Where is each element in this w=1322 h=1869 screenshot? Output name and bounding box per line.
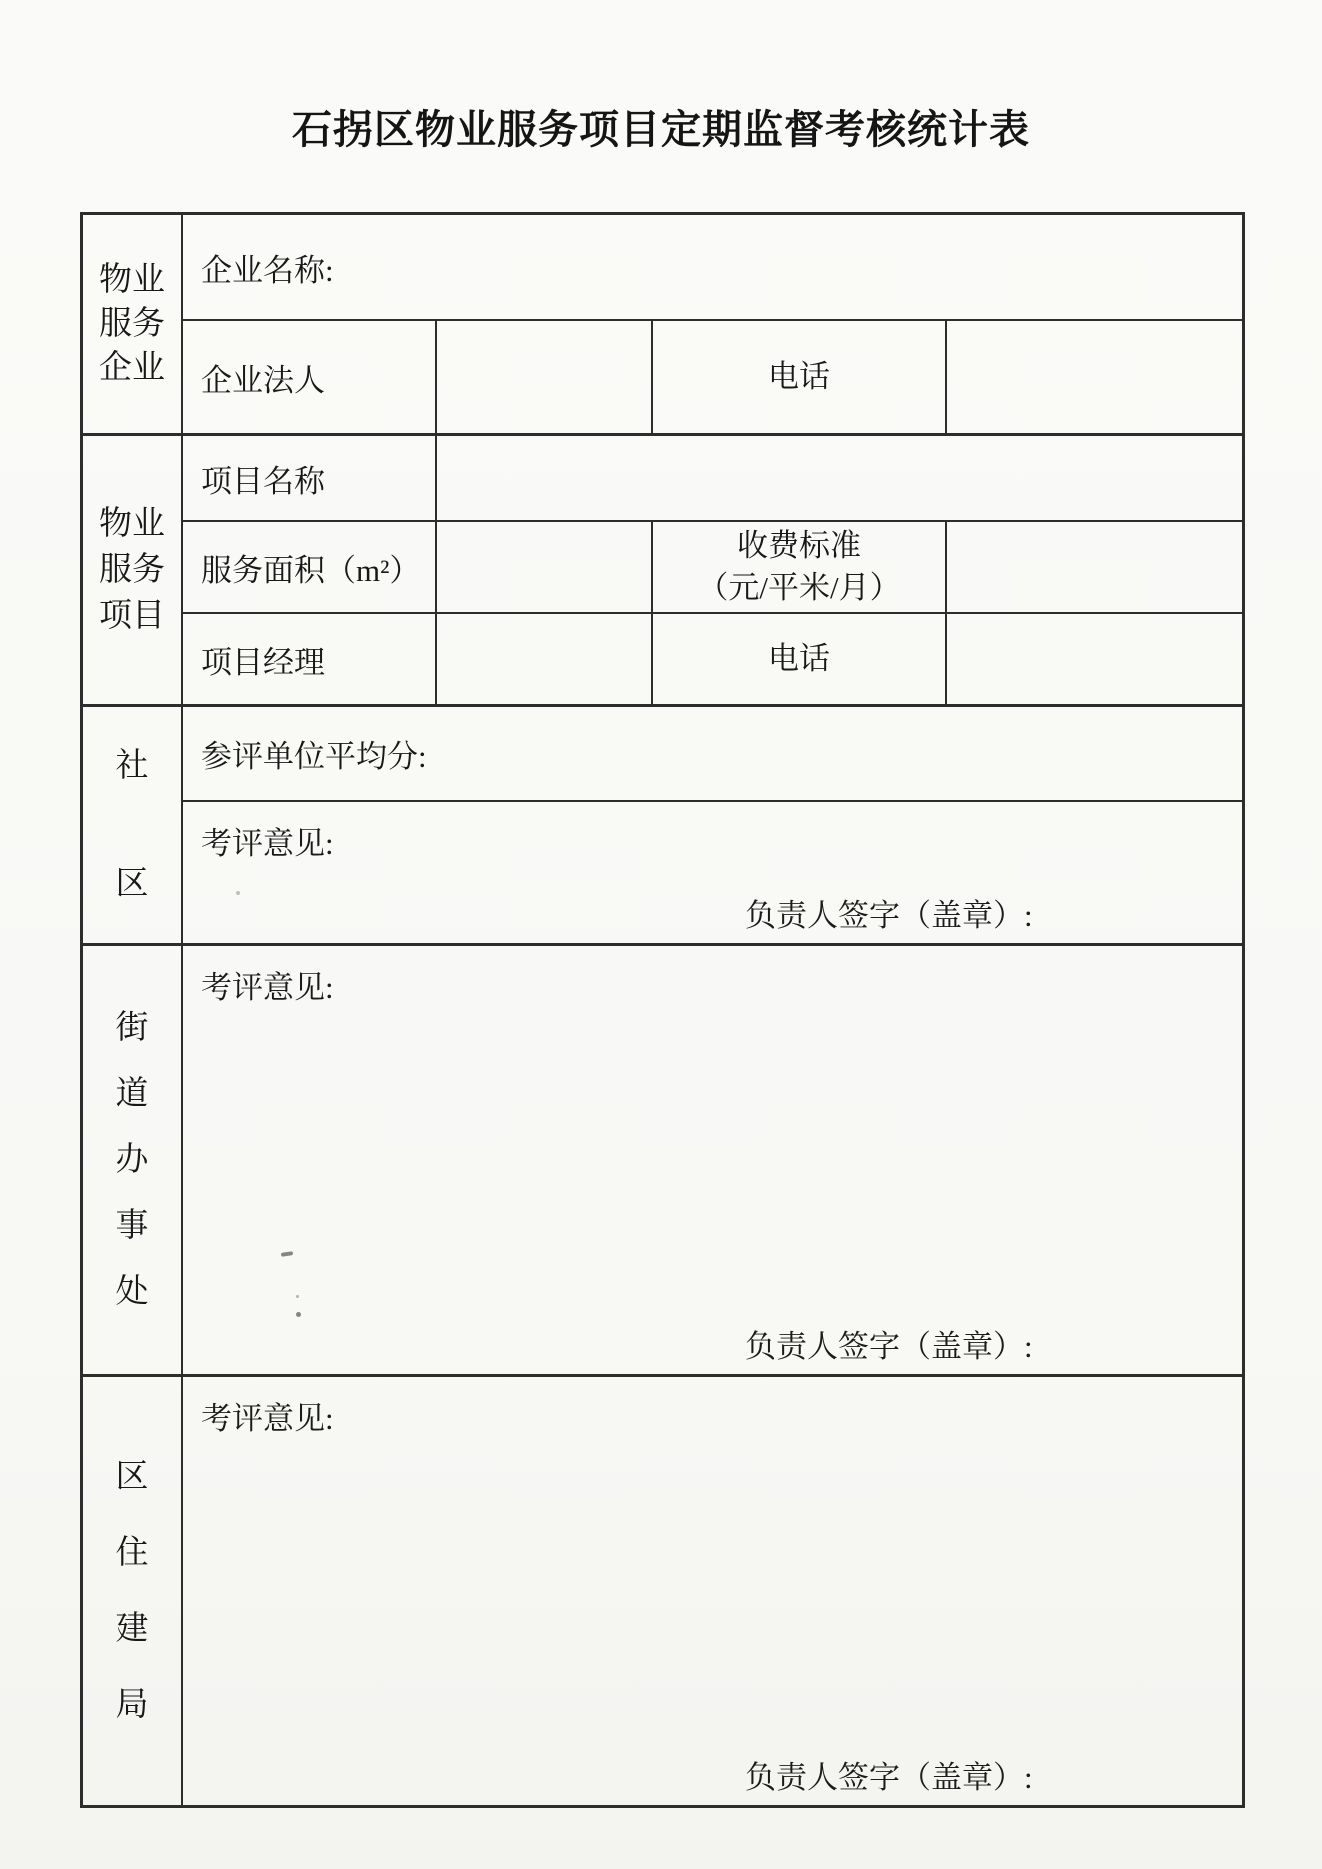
enterprise-phone-value-cell[interactable] (947, 321, 1242, 433)
scan-speck (296, 1295, 299, 1298)
project-manager-value-cell[interactable] (437, 614, 653, 704)
manager-phone-value-cell[interactable] (947, 614, 1242, 704)
section-label-district-bureau: 区 住 建 局 (83, 1377, 183, 1805)
section-property-enterprise: 物业 服务 企业 企业名称: 企业法人 电话 (83, 215, 1242, 433)
section-district-bureau: 区 住 建 局 考评意见: 负责人签字（盖章）: (83, 1374, 1242, 1805)
enterprise-name-label: 企业名称: (183, 215, 1242, 319)
district-bureau-opinion-label: 考评意见: (201, 1393, 334, 1438)
section-property-project: 物业 服务 项目 项目名称 服务面积（m²） 收费标准 （元/平米/月） 项目经… (83, 433, 1242, 704)
fee-standard-value-cell[interactable] (947, 522, 1242, 612)
scan-speck (236, 891, 240, 895)
page-title: 石拐区物业服务项目定期监督考核统计表 (0, 98, 1322, 155)
section-label-community: 社 区 (83, 707, 183, 943)
scan-speck (296, 1312, 301, 1317)
section-label-property-project: 物业 服务 项目 (83, 436, 183, 704)
project-name-value-cell[interactable] (437, 436, 1242, 520)
district-bureau-opinion-cell[interactable]: 考评意见: 负责人签字（盖章）: (183, 1377, 1242, 1805)
table-row: 考评意见: 负责人签字（盖章）: (183, 946, 1242, 1374)
street-office-opinion-cell[interactable]: 考评意见: 负责人签字（盖章）: (183, 946, 1242, 1374)
community-opinion-cell[interactable]: 考评意见: 负责人签字（盖章）: (183, 802, 1242, 943)
table-row: 参评单位平均分: (183, 707, 1242, 802)
assessment-form-table: 物业 服务 企业 企业名称: 企业法人 电话 物业 服务 项目 项目名称 (80, 212, 1245, 1808)
section-street-office: 街 道 办 事 处 考评意见: 负责人签字（盖章）: (83, 943, 1242, 1374)
table-row: 考评意见: 负责人签字（盖章）: (183, 1377, 1242, 1805)
legal-person-value-cell[interactable] (437, 321, 653, 433)
section-label-property-enterprise: 物业 服务 企业 (83, 215, 183, 433)
manager-phone-label: 电话 (653, 614, 947, 704)
district-bureau-signature-label: 负责人签字（盖章）: (745, 1752, 1242, 1805)
project-name-label: 项目名称 (183, 436, 437, 520)
table-row: 项目经理 电话 (183, 614, 1242, 704)
service-area-label: 服务面积（m²） (183, 522, 437, 612)
community-signature-label: 负责人签字（盖章）: (745, 890, 1242, 943)
enterprise-phone-label: 电话 (653, 321, 947, 433)
scanned-form-page: 石拐区物业服务项目定期监督考核统计表 物业 服务 企业 企业名称: 企业法人 电… (0, 0, 1322, 1869)
section-label-street-office: 街 道 办 事 处 (83, 946, 183, 1374)
service-area-value-cell[interactable] (437, 522, 653, 612)
table-row: 项目名称 (183, 436, 1242, 522)
table-row: 考评意见: 负责人签字（盖章）: (183, 802, 1242, 943)
legal-person-label: 企业法人 (183, 321, 437, 433)
average-score-label: 参评单位平均分: (183, 707, 1242, 800)
section-community: 社 区 参评单位平均分: 考评意见: 负责人签字（盖章）: (83, 704, 1242, 943)
table-row: 服务面积（m²） 收费标准 （元/平米/月） (183, 522, 1242, 614)
fee-standard-label: 收费标准 （元/平米/月） (653, 522, 947, 612)
street-office-opinion-label: 考评意见: (201, 962, 334, 1007)
table-row: 企业名称: (183, 215, 1242, 321)
street-office-signature-label: 负责人签字（盖章）: (745, 1321, 1242, 1374)
table-row: 企业法人 电话 (183, 321, 1242, 433)
community-opinion-label: 考评意见: (201, 818, 334, 863)
project-manager-label: 项目经理 (183, 614, 437, 704)
